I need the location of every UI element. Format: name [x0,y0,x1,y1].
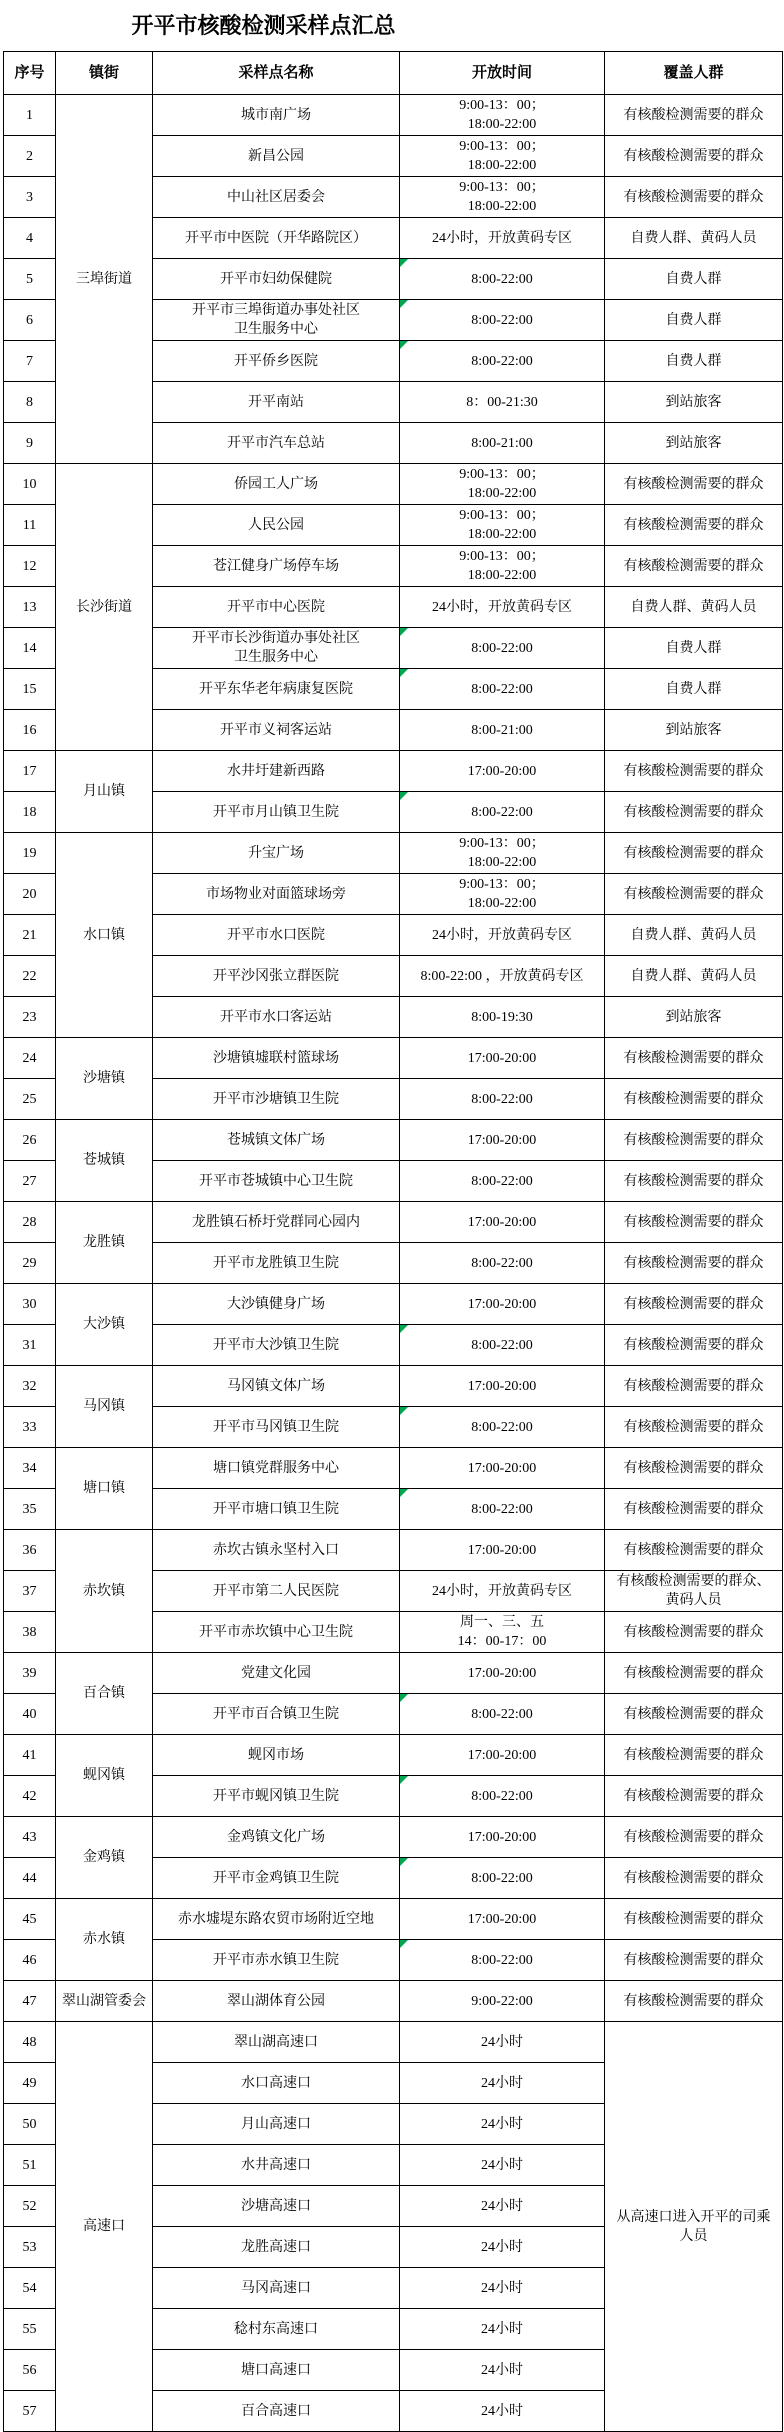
table-row: 26苍城镇苍城镇文体广场17:00-20:00有核酸检测需要的群众 [4,1120,783,1161]
site-name-cell: 塘口高速口 [153,2350,400,2391]
row-number-cell: 54 [4,2268,56,2309]
coverage-cell: 有核酸检测需要的群众 [605,1694,783,1735]
row-number-cell: 38 [4,1612,56,1653]
coverage-cell: 有核酸检测需要的群众 [605,1038,783,1079]
open-time-cell: 24小时，开放黄码专区 [400,915,605,956]
coverage-cell: 有核酸检测需要的群众 [605,505,783,546]
open-time-cell: 24小时 [400,2063,605,2104]
open-time-cell: 24小时 [400,2104,605,2145]
open-time-cell: 8:00-21:00 [400,423,605,464]
row-number-cell: 51 [4,2145,56,2186]
sampling-table-body: 1三埠街道城市南广场9:00-13：00；18:00-22:00有核酸检测需要的… [4,95,783,2432]
coverage-cell: 有核酸检测需要的群众 [605,1776,783,1817]
open-time-cell: 8:00-22:00 [400,1694,605,1735]
coverage-cell: 有核酸检测需要的群众 [605,1612,783,1653]
open-time-cell: 9:00-13：00；18:00-22:00 [400,874,605,915]
row-number-cell: 8 [4,382,56,423]
site-name-cell: 百合高速口 [153,2391,400,2432]
open-time-cell: 8:00-22:00 [400,628,605,669]
township-cell: 蚬冈镇 [56,1735,153,1817]
coverage-cell: 有核酸检测需要的群众 [605,1448,783,1489]
header-serial-number: 序号 [4,52,56,95]
coverage-cell: 有核酸检测需要的群众 [605,1284,783,1325]
site-name-cell: 沙塘高速口 [153,2186,400,2227]
site-name-cell: 开平市赤水镇卫生院 [153,1940,400,1981]
open-time-cell: 8:00-22:00 [400,1325,605,1366]
site-name-cell: 开平市中心医院 [153,587,400,628]
open-time-cell: 8:00-21:00 [400,710,605,751]
site-name-cell: 开平市月山镇卫生院 [153,792,400,833]
open-time-cell: 8:00-22:00 [400,1161,605,1202]
coverage-cell: 到站旅客 [605,997,783,1038]
coverage-cell: 有核酸检测需要的群众 [605,1899,783,1940]
site-name-cell: 金鸡镇文化广场 [153,1817,400,1858]
coverage-cell: 有核酸检测需要的群众 [605,1735,783,1776]
row-number-cell: 25 [4,1079,56,1120]
open-time-cell: 17:00-20:00 [400,751,605,792]
township-cell: 水口镇 [56,833,153,1038]
table-row: 47翠山湖管委会翠山湖体育公园9:00-22:00有核酸检测需要的群众 [4,1981,783,2022]
township-cell: 月山镇 [56,751,153,833]
township-cell: 高速口 [56,2022,153,2432]
open-time-cell: 8:00-22:00 [400,1079,605,1120]
table-row: 45赤水镇赤水墟堤东路农贸市场附近空地17:00-20:00有核酸检测需要的群众 [4,1899,783,1940]
coverage-cell: 有核酸检测需要的群众 [605,1858,783,1899]
table-row: 34塘口镇塘口镇党群服务中心17:00-20:00有核酸检测需要的群众 [4,1448,783,1489]
site-name-cell: 开平市马冈镇卫生院 [153,1407,400,1448]
site-name-cell: 开平市义祠客运站 [153,710,400,751]
site-name-cell: 水井圩建新西路 [153,751,400,792]
open-time-cell: 8:00-22:00 [400,1489,605,1530]
row-number-cell: 56 [4,2350,56,2391]
township-cell: 赤水镇 [56,1899,153,1981]
site-name-cell: 开平市苍城镇中心卫生院 [153,1161,400,1202]
coverage-cell: 有核酸检测需要的群众、黄码人员 [605,1571,783,1612]
sampling-points-table: 序号 镇街 采样点名称 开放时间 覆盖人群 1三埠街道城市南广场9:00-13：… [3,51,783,2432]
site-name-cell: 沙塘镇墟联村篮球场 [153,1038,400,1079]
site-name-cell: 人民公园 [153,505,400,546]
site-name-cell: 苍城镇文体广场 [153,1120,400,1161]
site-name-cell: 城市南广场 [153,95,400,136]
site-name-cell: 赤水墟堤东路农贸市场附近空地 [153,1899,400,1940]
row-number-cell: 12 [4,546,56,587]
township-cell: 大沙镇 [56,1284,153,1366]
site-name-cell: 蚬冈市场 [153,1735,400,1776]
coverage-cell: 有核酸检测需要的群众 [605,1120,783,1161]
table-row: 28龙胜镇龙胜镇石桥圩党群同心园内17:00-20:00有核酸检测需要的群众 [4,1202,783,1243]
site-name-cell: 开平市长沙街道办事处社区卫生服务中心 [153,628,400,669]
row-number-cell: 3 [4,177,56,218]
row-number-cell: 42 [4,1776,56,1817]
table-row: 48高速口翠山湖高速口24小时从高速口进入开平的司乘人员 [4,2022,783,2063]
row-number-cell: 13 [4,587,56,628]
site-name-cell: 开平市沙塘镇卫生院 [153,1079,400,1120]
row-number-cell: 30 [4,1284,56,1325]
row-number-cell: 7 [4,341,56,382]
coverage-cell: 自费人群、黄码人员 [605,915,783,956]
site-name-cell: 马冈镇文体广场 [153,1366,400,1407]
coverage-cell: 有核酸检测需要的群众 [605,95,783,136]
title-area: 开平市核酸检测采样点汇总 [0,0,527,51]
site-name-cell: 马冈高速口 [153,2268,400,2309]
site-name-cell: 翠山湖高速口 [153,2022,400,2063]
open-time-cell: 9:00-22:00 [400,1981,605,2022]
table-row: 17月山镇水井圩建新西路17:00-20:00有核酸检测需要的群众 [4,751,783,792]
site-name-cell: 开平市金鸡镇卫生院 [153,1858,400,1899]
township-cell: 翠山湖管委会 [56,1981,153,2022]
coverage-cell: 到站旅客 [605,382,783,423]
open-time-cell: 8:00-22:00 [400,341,605,382]
open-time-cell: 17:00-20:00 [400,1735,605,1776]
row-number-cell: 16 [4,710,56,751]
row-number-cell: 43 [4,1817,56,1858]
site-name-cell: 开平市百合镇卫生院 [153,1694,400,1735]
header-township: 镇街 [56,52,153,95]
coverage-cell: 到站旅客 [605,423,783,464]
open-time-cell: 17:00-20:00 [400,1817,605,1858]
site-name-cell: 开平东华老年病康复医院 [153,669,400,710]
open-time-cell: 24小时 [400,2022,605,2063]
open-time-cell: 17:00-20:00 [400,1038,605,1079]
coverage-cell: 从高速口进入开平的司乘人员 [605,2022,783,2432]
row-number-cell: 1 [4,95,56,136]
open-time-cell: 8:00-22:00 [400,1776,605,1817]
row-number-cell: 47 [4,1981,56,2022]
table-row: 39百合镇党建文化园17:00-20:00有核酸检测需要的群众 [4,1653,783,1694]
table-row: 36赤坎镇赤坎古镇永坚村入口17:00-20:00有核酸检测需要的群众 [4,1530,783,1571]
township-cell: 赤坎镇 [56,1530,153,1653]
site-name-cell: 开平市龙胜镇卫生院 [153,1243,400,1284]
row-number-cell: 55 [4,2309,56,2350]
row-number-cell: 11 [4,505,56,546]
coverage-cell: 有核酸检测需要的群众 [605,1653,783,1694]
open-time-cell: 8:00-22:00 [400,1940,605,1981]
row-number-cell: 49 [4,2063,56,2104]
open-time-cell: 8:00-22:00 ，开放黄码专区 [400,956,605,997]
row-number-cell: 28 [4,1202,56,1243]
site-name-cell: 开平侨乡医院 [153,341,400,382]
row-number-cell: 41 [4,1735,56,1776]
row-number-cell: 6 [4,300,56,341]
open-time-cell: 24小时，开放黄码专区 [400,218,605,259]
site-name-cell: 开平市塘口镇卫生院 [153,1489,400,1530]
open-time-cell: 24小时 [400,2268,605,2309]
township-cell: 百合镇 [56,1653,153,1735]
open-time-cell: 周一、三、五14：00-17：00 [400,1612,605,1653]
row-number-cell: 15 [4,669,56,710]
site-name-cell: 开平市汽车总站 [153,423,400,464]
site-name-cell: 稔村东高速口 [153,2309,400,2350]
coverage-cell: 有核酸检测需要的群众 [605,833,783,874]
header-coverage: 覆盖人群 [605,52,783,95]
township-cell: 苍城镇 [56,1120,153,1202]
site-name-cell: 新昌公园 [153,136,400,177]
header-row: 序号 镇街 采样点名称 开放时间 覆盖人群 [4,52,783,95]
coverage-cell: 有核酸检测需要的群众 [605,751,783,792]
coverage-cell: 自费人群 [605,341,783,382]
coverage-cell: 有核酸检测需要的群众 [605,177,783,218]
row-number-cell: 32 [4,1366,56,1407]
township-cell: 三埠街道 [56,95,153,464]
row-number-cell: 26 [4,1120,56,1161]
open-time-cell: 8:00-22:00 [400,300,605,341]
township-cell: 马冈镇 [56,1366,153,1448]
table-row: 19水口镇升宝广场9:00-13：00；18:00-22:00有核酸检测需要的群… [4,833,783,874]
coverage-cell: 有核酸检测需要的群众 [605,464,783,505]
open-time-cell: 8:00-22:00 [400,669,605,710]
site-name-cell: 开平市水口客运站 [153,997,400,1038]
coverage-cell: 有核酸检测需要的群众 [605,1161,783,1202]
row-number-cell: 14 [4,628,56,669]
township-cell: 塘口镇 [56,1448,153,1530]
row-number-cell: 24 [4,1038,56,1079]
site-name-cell: 侨园工人广场 [153,464,400,505]
coverage-cell: 自费人群、黄码人员 [605,587,783,628]
open-time-cell: 24小时 [400,2350,605,2391]
site-name-cell: 升宝广场 [153,833,400,874]
site-name-cell: 月山高速口 [153,2104,400,2145]
site-name-cell: 开平南站 [153,382,400,423]
table-row: 30大沙镇大沙镇健身广场17:00-20:00有核酸检测需要的群众 [4,1284,783,1325]
row-number-cell: 18 [4,792,56,833]
row-number-cell: 44 [4,1858,56,1899]
coverage-cell: 有核酸检测需要的群众 [605,1981,783,2022]
row-number-cell: 31 [4,1325,56,1366]
open-time-cell: 17:00-20:00 [400,1284,605,1325]
township-cell: 长沙街道 [56,464,153,751]
row-number-cell: 4 [4,218,56,259]
open-time-cell: 8:00-22:00 [400,1407,605,1448]
open-time-cell: 9:00-13：00；18:00-22:00 [400,464,605,505]
open-time-cell: 24小时 [400,2145,605,2186]
row-number-cell: 34 [4,1448,56,1489]
row-number-cell: 21 [4,915,56,956]
open-time-cell: 24小时 [400,2309,605,2350]
open-time-cell: 8:00-22:00 [400,259,605,300]
site-name-cell: 开平市赤坎镇中心卫生院 [153,1612,400,1653]
site-name-cell: 党建文化园 [153,1653,400,1694]
township-cell: 金鸡镇 [56,1817,153,1899]
open-time-cell: 8：00-21:30 [400,382,605,423]
coverage-cell: 自费人群 [605,259,783,300]
coverage-cell: 有核酸检测需要的群众 [605,1530,783,1571]
township-cell: 龙胜镇 [56,1202,153,1284]
page-title: 开平市核酸检测采样点汇总 [0,11,527,41]
coverage-cell: 自费人群 [605,628,783,669]
coverage-cell: 有核酸检测需要的群众 [605,1489,783,1530]
coverage-cell: 有核酸检测需要的群众 [605,792,783,833]
row-number-cell: 27 [4,1161,56,1202]
row-number-cell: 19 [4,833,56,874]
site-name-cell: 开平沙冈张立群医院 [153,956,400,997]
site-name-cell: 水井高速口 [153,2145,400,2186]
site-name-cell: 翠山湖体育公园 [153,1981,400,2022]
site-name-cell: 龙胜镇石桥圩党群同心园内 [153,1202,400,1243]
open-time-cell: 17:00-20:00 [400,1448,605,1489]
coverage-cell: 自费人群 [605,300,783,341]
site-name-cell: 塘口镇党群服务中心 [153,1448,400,1489]
row-number-cell: 23 [4,997,56,1038]
site-name-cell: 大沙镇健身广场 [153,1284,400,1325]
coverage-cell: 有核酸检测需要的群众 [605,1817,783,1858]
site-name-cell: 开平市蚬冈镇卫生院 [153,1776,400,1817]
open-time-cell: 24小时 [400,2227,605,2268]
row-number-cell: 5 [4,259,56,300]
row-number-cell: 29 [4,1243,56,1284]
row-number-cell: 37 [4,1571,56,1612]
row-number-cell: 9 [4,423,56,464]
header-site-name: 采样点名称 [153,52,400,95]
row-number-cell: 46 [4,1940,56,1981]
site-name-cell: 市场物业对面篮球场旁 [153,874,400,915]
table-row: 41蚬冈镇蚬冈市场17:00-20:00有核酸检测需要的群众 [4,1735,783,1776]
open-time-cell: 17:00-20:00 [400,1366,605,1407]
open-time-cell: 9:00-13：00；18:00-22:00 [400,177,605,218]
coverage-cell: 有核酸检测需要的群众 [605,1079,783,1120]
table-row: 10长沙街道侨园工人广场9:00-13：00；18:00-22:00有核酸检测需… [4,464,783,505]
row-number-cell: 45 [4,1899,56,1940]
open-time-cell: 17:00-20:00 [400,1899,605,1940]
coverage-cell: 自费人群 [605,669,783,710]
row-number-cell: 40 [4,1694,56,1735]
row-number-cell: 35 [4,1489,56,1530]
coverage-cell: 有核酸检测需要的群众 [605,1243,783,1284]
row-number-cell: 36 [4,1530,56,1571]
site-name-cell: 苍江健身广场停车场 [153,546,400,587]
open-time-cell: 8:00-22:00 [400,1243,605,1284]
table-row: 24沙塘镇沙塘镇墟联村篮球场17:00-20:00有核酸检测需要的群众 [4,1038,783,1079]
coverage-cell: 有核酸检测需要的群众 [605,136,783,177]
row-number-cell: 2 [4,136,56,177]
open-time-cell: 24小时 [400,2391,605,2432]
row-number-cell: 57 [4,2391,56,2432]
coverage-cell: 到站旅客 [605,710,783,751]
open-time-cell: 17:00-20:00 [400,1530,605,1571]
coverage-cell: 自费人群、黄码人员 [605,218,783,259]
row-number-cell: 22 [4,956,56,997]
open-time-cell: 24小时，开放黄码专区 [400,1571,605,1612]
open-time-cell: 17:00-20:00 [400,1202,605,1243]
row-number-cell: 53 [4,2227,56,2268]
site-name-cell: 开平市第二人民医院 [153,1571,400,1612]
site-name-cell: 水口高速口 [153,2063,400,2104]
open-time-cell: 17:00-20:00 [400,1120,605,1161]
row-number-cell: 39 [4,1653,56,1694]
site-name-cell: 开平市大沙镇卫生院 [153,1325,400,1366]
row-number-cell: 48 [4,2022,56,2063]
site-name-cell: 开平市水口医院 [153,915,400,956]
table-row: 43金鸡镇金鸡镇文化广场17:00-20:00有核酸检测需要的群众 [4,1817,783,1858]
row-number-cell: 50 [4,2104,56,2145]
row-number-cell: 20 [4,874,56,915]
township-cell: 沙塘镇 [56,1038,153,1120]
coverage-cell: 有核酸检测需要的群众 [605,1940,783,1981]
coverage-cell: 自费人群、黄码人员 [605,956,783,997]
open-time-cell: 8:00-22:00 [400,1858,605,1899]
coverage-cell: 有核酸检测需要的群众 [605,1407,783,1448]
site-name-cell: 开平市中医院（开华路院区） [153,218,400,259]
coverage-cell: 有核酸检测需要的群众 [605,874,783,915]
row-number-cell: 10 [4,464,56,505]
open-time-cell: 9:00-13：00；18:00-22:00 [400,546,605,587]
site-name-cell: 中山社区居委会 [153,177,400,218]
coverage-cell: 有核酸检测需要的群众 [605,1366,783,1407]
site-name-cell: 赤坎古镇永坚村入口 [153,1530,400,1571]
table-row: 1三埠街道城市南广场9:00-13：00；18:00-22:00有核酸检测需要的… [4,95,783,136]
row-number-cell: 33 [4,1407,56,1448]
open-time-cell: 24小时，开放黄码专区 [400,587,605,628]
coverage-cell: 有核酸检测需要的群众 [605,1325,783,1366]
row-number-cell: 52 [4,2186,56,2227]
table-row: 32马冈镇马冈镇文体广场17:00-20:00有核酸检测需要的群众 [4,1366,783,1407]
header-open-time: 开放时间 [400,52,605,95]
coverage-cell: 有核酸检测需要的群众 [605,546,783,587]
site-name-cell: 龙胜高速口 [153,2227,400,2268]
open-time-cell: 8:00-22:00 [400,792,605,833]
open-time-cell: 9:00-13：00；18:00-22:00 [400,95,605,136]
open-time-cell: 17:00-20:00 [400,1653,605,1694]
site-name-cell: 开平市三埠街道办事处社区卫生服务中心 [153,300,400,341]
open-time-cell: 9:00-13：00；18:00-22:00 [400,505,605,546]
open-time-cell: 8:00-19:30 [400,997,605,1038]
coverage-cell: 有核酸检测需要的群众 [605,1202,783,1243]
open-time-cell: 24小时 [400,2186,605,2227]
site-name-cell: 开平市妇幼保健院 [153,259,400,300]
row-number-cell: 17 [4,751,56,792]
open-time-cell: 9:00-13：00；18:00-22:00 [400,136,605,177]
open-time-cell: 9:00-13：00；18:00-22:00 [400,833,605,874]
